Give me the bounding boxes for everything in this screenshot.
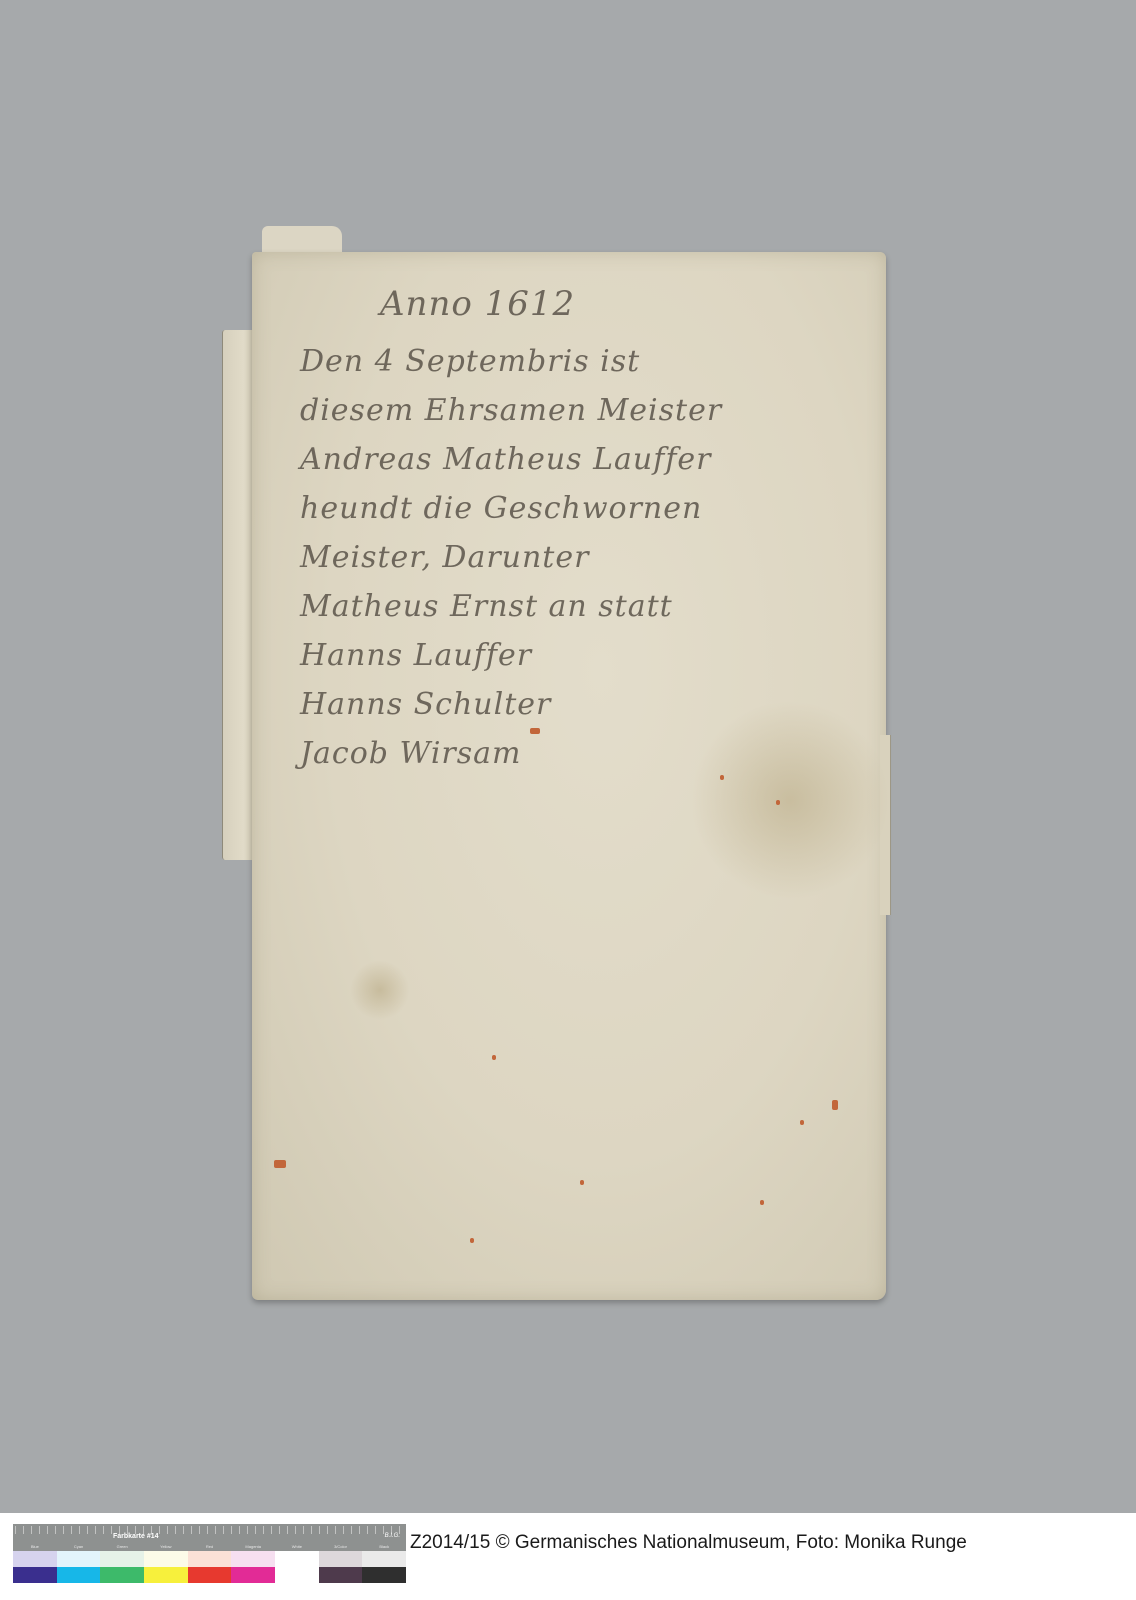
text-line: Hanns Schulter: [300, 680, 840, 729]
rust-spot: [800, 1120, 804, 1125]
swatch-label: Black: [362, 1544, 406, 1549]
color-swatch: [57, 1551, 101, 1583]
swatch-light: [188, 1551, 232, 1567]
swatch-light: [231, 1551, 275, 1567]
swatch-label: Magenta: [231, 1544, 275, 1549]
swatch-label: Cyan: [57, 1544, 101, 1549]
text-line: Andreas Matheus Lauffer: [300, 435, 840, 484]
swatch-dark: [100, 1567, 144, 1583]
image-caption: Z2014/15 © Germanisches Nationalmuseum, …: [410, 1532, 967, 1554]
color-swatch: [275, 1551, 319, 1583]
swatch-label: Green: [100, 1544, 144, 1549]
color-swatch: [319, 1551, 363, 1583]
color-swatch: [362, 1551, 406, 1583]
color-swatch: [188, 1551, 232, 1583]
color-swatch: [144, 1551, 188, 1583]
color-swatch: [13, 1551, 57, 1583]
swatch-dark: [362, 1567, 406, 1583]
swatch-dark: [13, 1567, 57, 1583]
rust-spot: [274, 1160, 286, 1168]
color-swatch: [231, 1551, 275, 1583]
text-line: diesem Ehrsamen Meister: [300, 386, 840, 435]
swatch-label: White: [275, 1544, 319, 1549]
swatch-label: Blue: [13, 1544, 57, 1549]
rust-spot: [580, 1180, 584, 1185]
color-swatch: [100, 1551, 144, 1583]
swatch-label: Yellow: [144, 1544, 188, 1549]
handwritten-text: Anno 1612 Den 4 Septembris ist diesem Eh…: [300, 280, 840, 778]
ruler-scale: [15, 1526, 404, 1534]
swatch-light: [144, 1551, 188, 1567]
rust-spot: [492, 1055, 496, 1060]
text-line-title: Anno 1612: [300, 280, 840, 329]
swatch-dark: [319, 1567, 363, 1583]
text-line: Jacob Wirsam: [300, 729, 840, 778]
swatch-light: [13, 1551, 57, 1567]
swatch-dark: [57, 1567, 101, 1583]
rust-spot: [470, 1238, 474, 1243]
swatch-light: [57, 1551, 101, 1567]
chart-title: Farbkarte #14: [113, 1533, 159, 1540]
swatch-label: Red: [188, 1544, 232, 1549]
swatch-light: [362, 1551, 406, 1567]
stain: [350, 960, 410, 1020]
text-line: Meister, Darunter: [300, 533, 840, 582]
chart-brand: B.I.G.: [385, 1533, 400, 1539]
swatch-dark: [188, 1567, 232, 1583]
chart-labels: BlueCyanGreenYellowRedMagentaWhite3/Colo…: [13, 1544, 406, 1549]
rust-spot: [832, 1100, 838, 1110]
swatch-light: [275, 1551, 319, 1567]
text-line: heundt die Geschwornen: [300, 484, 840, 533]
swatch-row: [13, 1551, 406, 1583]
swatch-dark: [231, 1567, 275, 1583]
text-line: Hanns Lauffer: [300, 631, 840, 680]
text-line: Matheus Ernst an statt: [300, 582, 840, 631]
rust-spot: [776, 800, 780, 805]
swatch-label: 3/Color: [319, 1544, 363, 1549]
swatch-dark: [144, 1567, 188, 1583]
color-calibration-chart: Farbkarte #14 B.I.G. BlueCyanGreenYellow…: [13, 1524, 406, 1586]
swatch-dark: [275, 1567, 319, 1583]
rust-spot: [760, 1200, 764, 1205]
chart-header: Farbkarte #14 B.I.G. BlueCyanGreenYellow…: [13, 1524, 406, 1551]
swatch-light: [319, 1551, 363, 1567]
text-line: Den 4 Septembris ist: [300, 337, 840, 386]
swatch-light: [100, 1551, 144, 1567]
